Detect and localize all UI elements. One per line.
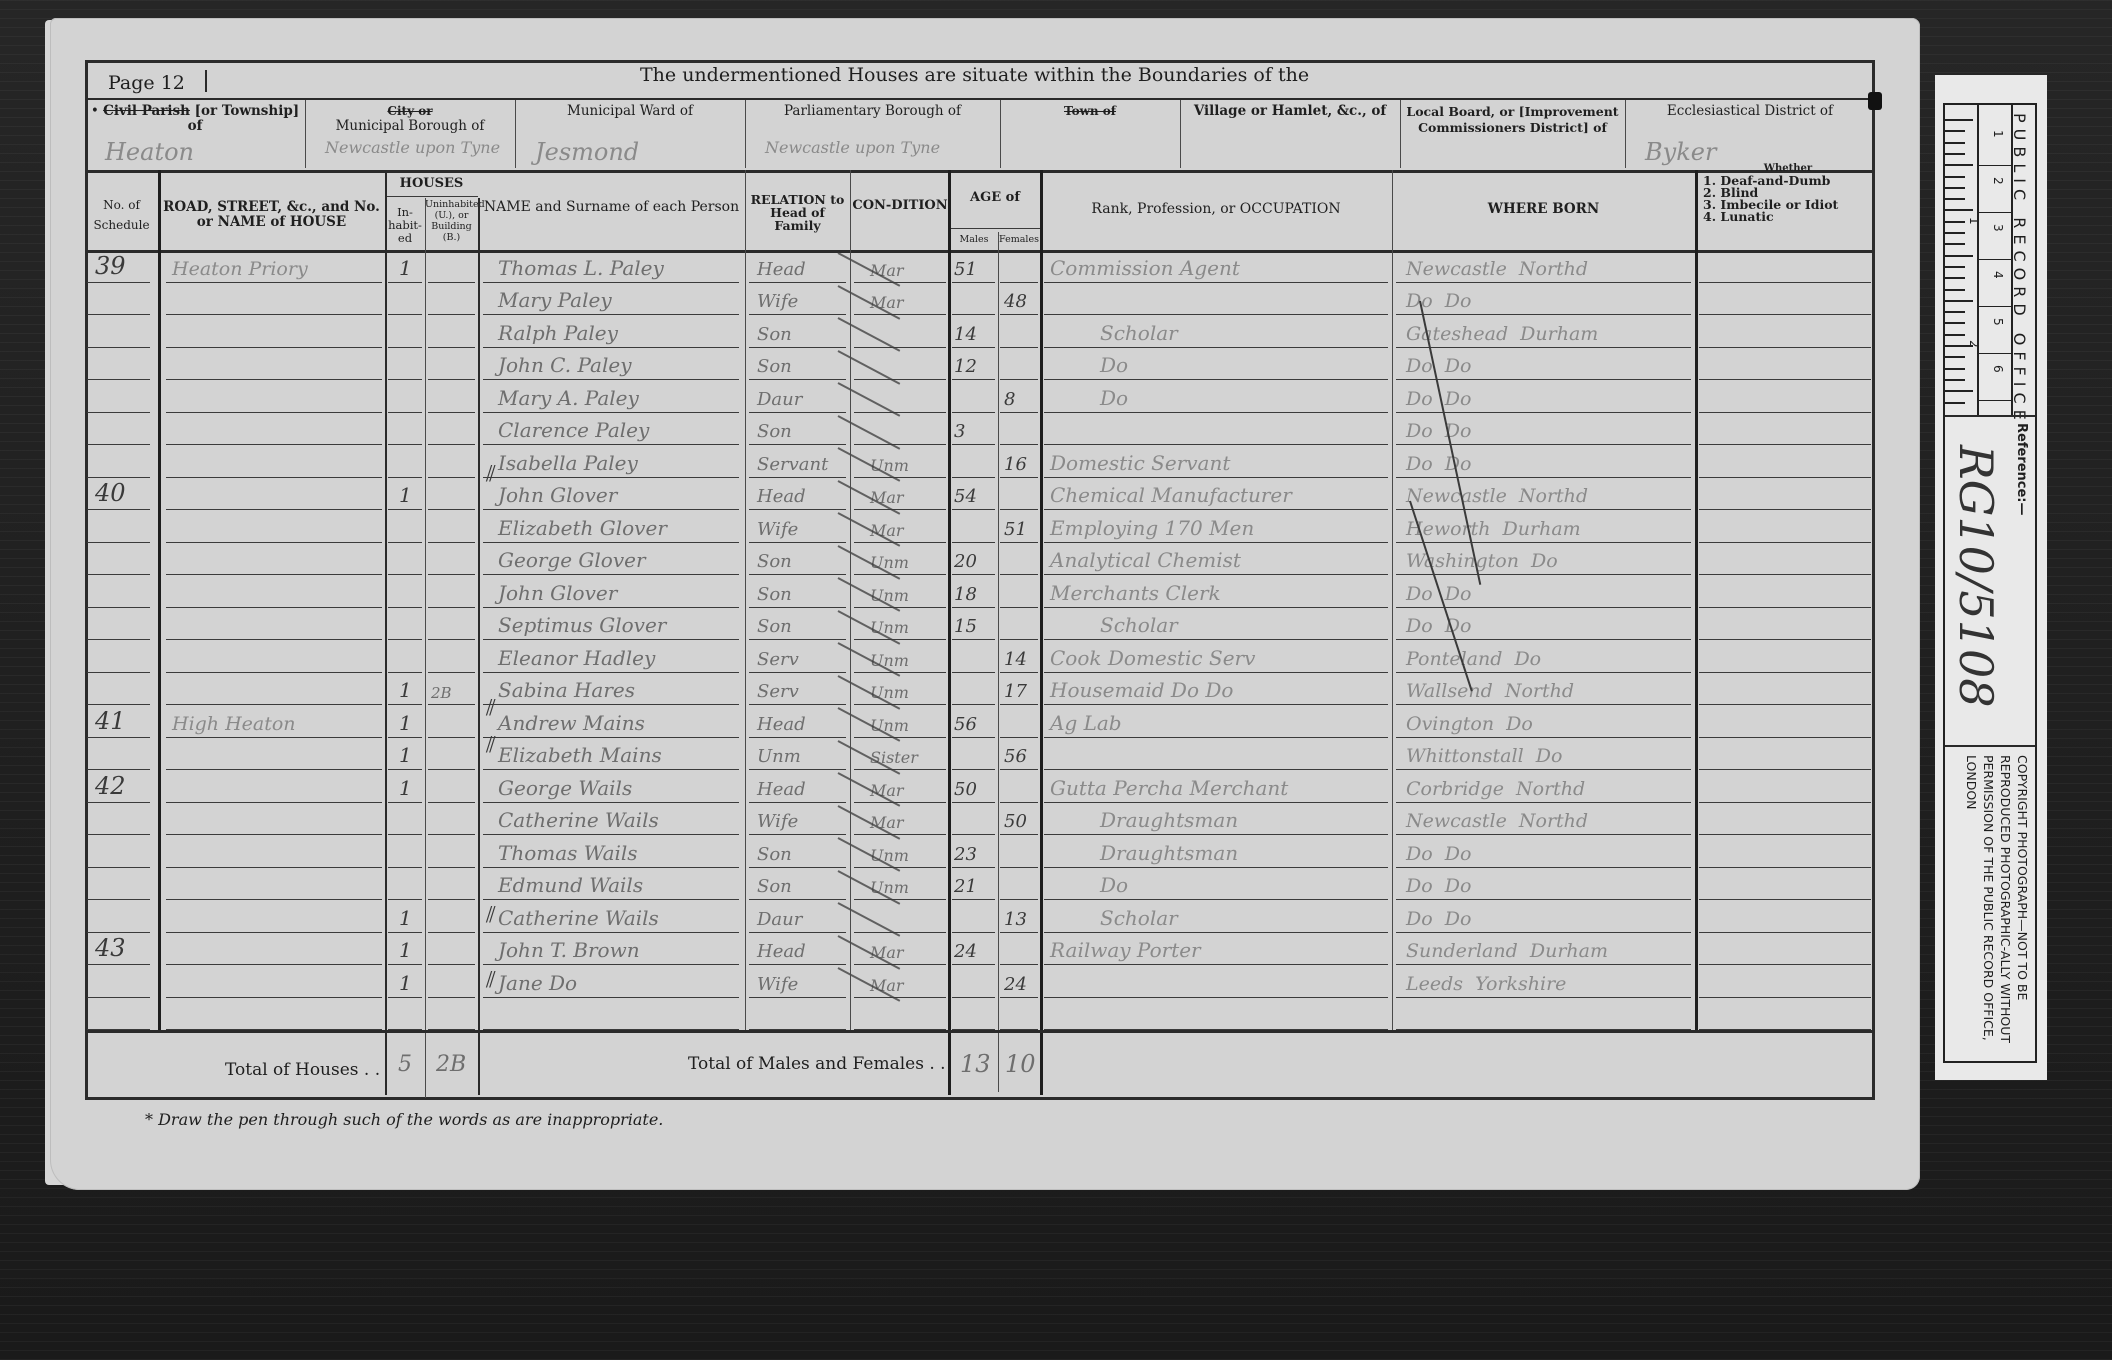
ruler-tick: [1945, 368, 1965, 370]
col-header-schedule: No. of Schedule: [85, 195, 158, 235]
table-row: Ralph PaleySon14ScholarGateshead Durham: [0, 315, 2112, 348]
ruler-tick: [1945, 311, 1965, 313]
total-houses-label: Total of Houses . .: [225, 1060, 380, 1080]
name-col-rule: [478, 198, 480, 1095]
schedule-number: 39: [95, 250, 155, 283]
person-name: Sabina Hares: [498, 673, 758, 706]
road-name: Heaton Priory: [172, 250, 392, 283]
occupation: Housemaid Do Do: [1050, 673, 1390, 706]
table-row: John C. PaleySon12DoDo Do: [0, 348, 2112, 381]
uninhabited-col-rule: [425, 198, 426, 1098]
district-label-text: Municipal Borough of: [305, 119, 515, 134]
ruler-tick: [1945, 390, 1973, 392]
ruler-tick: [1945, 187, 1965, 189]
separator-mark: ⫽: [486, 696, 496, 721]
table-row: 1Jane DoWifeMar24Leeds Yorkshire: [0, 965, 2112, 998]
female-age: 14: [1004, 640, 1044, 673]
occupation: Ag Lab: [1050, 705, 1390, 738]
district-label: Local Board, or [Improvement Commissione…: [1400, 104, 1625, 136]
birthplace: Corbridge Northd: [1406, 770, 1696, 803]
ruler-number: 3: [1991, 224, 2005, 232]
male-age: 23: [954, 835, 998, 868]
birthplace: Do Do: [1406, 348, 1696, 381]
table-row: George GloverSonUnm20Analytical ChemistW…: [0, 543, 2112, 576]
col-header-relation: RELATION to Head of Family: [745, 193, 850, 232]
birthplace: Leeds Yorkshire: [1406, 965, 1696, 998]
birthplace: Ovington Do: [1406, 705, 1696, 738]
district-label-text: Ecclesiastical District of: [1625, 104, 1875, 119]
page-number-divider: [205, 70, 207, 92]
district-divider: [85, 170, 1875, 173]
ruler-tick: [1945, 379, 1965, 381]
col-header-name: NAME and Surname of each Person: [478, 198, 745, 216]
birthplace: Do Do: [1406, 380, 1696, 413]
total-persons-label: Total of Males and Females . .: [688, 1054, 946, 1074]
female-age: 51: [1004, 510, 1044, 543]
ruler-box: [1978, 306, 2011, 307]
whether-item: 4. Lunatic: [1703, 211, 1873, 223]
birthplace: Gateshead Durham: [1406, 315, 1696, 348]
birthplace: Do Do: [1406, 900, 1696, 933]
person-name: Isabella Paley: [498, 445, 758, 478]
females-col-rule: [998, 232, 999, 1092]
total-inhabited: 5: [398, 1052, 412, 1077]
col-header-occupation: Rank, Profession, or OCCUPATION: [1040, 202, 1392, 217]
ruler-number: 5: [1991, 318, 2005, 326]
houses-divider: [385, 196, 478, 197]
col-header-females: Females: [998, 232, 1040, 247]
table-row: 41High Heaton1Andrew MainsHeadUnm56Ag La…: [0, 705, 2112, 738]
birthplace: Do Do: [1406, 575, 1696, 608]
occupation: Do: [1100, 348, 1440, 381]
ruler-tick: [1945, 209, 1973, 211]
table-row: Mary PaleyWifeMar48Do Do: [0, 283, 2112, 316]
col-header-whether: Whether1. Deaf-and-Dumb2. Blind3. Imbeci…: [1703, 163, 1873, 223]
occupation: Scholar: [1100, 900, 1440, 933]
struck-label: City or: [305, 104, 515, 119]
separator-mark: ⫽: [486, 733, 496, 758]
ruler-tick: [1945, 300, 1973, 302]
birthplace: Newcastle Northd: [1406, 250, 1696, 283]
table-row: 1Catherine WailsDaur13ScholarDo Do: [0, 900, 2112, 933]
ruler-tick: [1945, 289, 1965, 291]
district-label-text: Parliamentary Borough of: [745, 104, 1000, 119]
ruler-tick: [1945, 277, 1965, 279]
male-age: 18: [954, 575, 998, 608]
person-name: Thomas Wails: [498, 835, 758, 868]
struck-label: Civil Parish: [103, 103, 190, 119]
uninhabited-mark: 2B: [431, 673, 471, 706]
schedule-number: 41: [95, 705, 155, 738]
ruler-tick: [1945, 255, 1973, 257]
road-col-rule: [158, 170, 161, 1030]
table-row: 401John GloverHeadMar54Chemical Manufact…: [0, 478, 2112, 511]
district-value: Newcastle upon Tyne: [325, 138, 500, 157]
birthplace: Do Do: [1406, 445, 1696, 478]
strip-divider-1: [1945, 415, 2035, 417]
birthplace: Sunderland Durham: [1406, 933, 1696, 966]
person-name: Catherine Wails: [498, 900, 758, 933]
ruler-tick: [1945, 164, 1973, 166]
page-number: Page 12: [108, 72, 185, 94]
total-uninhabited: 2B: [436, 1052, 466, 1077]
separator-mark: ⫽: [486, 462, 496, 487]
ruler-tick: [1945, 402, 1965, 404]
birthplace: Washington Do: [1406, 543, 1696, 576]
district-label: Municipal Ward of: [515, 104, 745, 119]
female-age: 48: [1004, 283, 1044, 316]
district-label-text: Village or Hamlet, &c., of: [1180, 104, 1400, 119]
totals-divider: [85, 1030, 1875, 1033]
col-header-uninhabited: Uninhabited (U.), or Building (B.): [425, 199, 478, 243]
male-age: 15: [954, 608, 998, 641]
struck-label: Town of: [1000, 104, 1180, 119]
person-name: Jane Do: [498, 965, 758, 998]
birthplace: Newcastle Northd: [1406, 478, 1696, 511]
district-label: • Civil Parish [or Township] of: [85, 104, 305, 134]
col-header-inhabited: In-habit-ed: [385, 206, 425, 245]
separator-mark: ⫽: [486, 968, 496, 993]
birthplace: Do Do: [1406, 868, 1696, 901]
occupation-col-rule: [1040, 170, 1043, 1095]
district-label: Village or Hamlet, &c., of: [1180, 104, 1400, 119]
person-name: Elizabeth Glover: [498, 510, 758, 543]
occupation: Gutta Percha Merchant: [1050, 770, 1390, 803]
col-header-age: AGE of: [950, 190, 1040, 205]
male-age: 12: [954, 348, 998, 381]
district-label: Ecclesiastical District of: [1625, 104, 1875, 119]
occupation: Draughtsman: [1100, 835, 1440, 868]
table-row: 39Heaton Priory1Thomas L. PaleyHeadMar51…: [0, 250, 2112, 283]
col-header-condition: CON-DITION: [850, 198, 950, 214]
ruler-box: [1978, 165, 2011, 166]
copyright-notice: COPYRIGHT PHOTOGRAPH—NOT TO BE REPRODUCE…: [1963, 755, 2031, 1055]
person-name: George Glover: [498, 543, 758, 576]
person-name: Septimus Glover: [498, 608, 758, 641]
district-label: Parliamentary Borough of: [745, 104, 1000, 119]
birthplace: Ponteland Do: [1406, 640, 1696, 673]
ruler-box: [1978, 400, 2011, 401]
birthplace: Heworth Durham: [1406, 510, 1696, 543]
born-col-rule: [1392, 170, 1393, 1030]
ruler-number: 4: [1991, 271, 2005, 279]
ruler-box: [1978, 259, 2011, 260]
ruler-box: [1978, 212, 2011, 213]
male-age: 54: [954, 478, 998, 511]
whether-col-rule: [1695, 170, 1698, 1030]
male-age: 51: [954, 250, 998, 283]
person-name: John T. Brown: [498, 933, 758, 966]
ruler-box: [1978, 353, 2011, 354]
occupation: Analytical Chemist: [1050, 543, 1390, 576]
person-name: Clarence Paley: [498, 413, 758, 446]
occupation: Commission Agent: [1050, 250, 1390, 283]
occupation: Chemical Manufacturer: [1050, 478, 1390, 511]
person-name: Thomas L. Paley: [498, 250, 758, 283]
total-males: 13: [960, 1050, 991, 1078]
table-row: 431John T. BrownHeadMar24Railway PorterS…: [0, 933, 2112, 966]
male-age: 50: [954, 770, 998, 803]
table-row: John GloverSonUnm18Merchants ClerkDo Do: [0, 575, 2112, 608]
male-age: 56: [954, 705, 998, 738]
female-age: 8: [1004, 380, 1044, 413]
total-females: 10: [1005, 1050, 1036, 1078]
male-age: 20: [954, 543, 998, 576]
district-label: City orMunicipal Borough of: [305, 104, 515, 134]
ruler-tick: [1945, 334, 1965, 336]
table-row: Mary A. PaleyDaur8DoDo Do: [0, 380, 2112, 413]
occupation: Domestic Servant: [1050, 445, 1390, 478]
table-row: 421George WailsHeadMar50Gutta Percha Mer…: [0, 770, 2112, 803]
occupation: Merchants Clerk: [1050, 575, 1390, 608]
occupation: Do: [1100, 380, 1440, 413]
district-value: Heaton: [105, 138, 194, 166]
ruler-tick: [1945, 130, 1965, 132]
ruler-tick: [1945, 119, 1973, 121]
strip-frame: 12345612 PUBLIC RECORD OFFICE Reference:…: [1943, 103, 2037, 1063]
district-value: Byker: [1645, 138, 1716, 166]
birthplace: Wallsend Northd: [1406, 673, 1696, 706]
condition-col-rule: [850, 170, 851, 1030]
schedule-number: 40: [95, 478, 155, 511]
male-age: 14: [954, 315, 998, 348]
person-name: Elizabeth Mains: [498, 738, 758, 771]
ruler-tick: [1945, 356, 1965, 358]
occupation: Cook Domestic Serv: [1050, 640, 1390, 673]
person-name: Andrew Mains: [498, 705, 758, 738]
male-age: 24: [954, 933, 998, 966]
district-label: Town of: [1000, 104, 1180, 119]
district-label-text: Municipal Ward of: [515, 104, 745, 119]
col-header-road: ROAD, STREET, &c., and No. or NAME of HO…: [158, 200, 385, 230]
person-name: George Wails: [498, 770, 758, 803]
person-name: Eleanor Hadley: [498, 640, 758, 673]
ruler-number: 1: [1991, 130, 2005, 138]
ruler-tick: [1945, 232, 1965, 234]
footnote: * Draw the pen through such of the words…: [145, 1110, 663, 1129]
col-header-males: Males: [950, 232, 998, 247]
female-age: 16: [1004, 445, 1044, 478]
female-age: 50: [1004, 803, 1044, 836]
ruler-tick: [1945, 198, 1965, 200]
table-row: Catherine WailsWifeMar50DraughtsmanNewca…: [0, 803, 2112, 836]
inhabited-col-rule: [385, 170, 387, 1095]
female-age: 17: [1004, 673, 1044, 706]
birthplace: Do Do: [1406, 283, 1696, 316]
table-row: 1Elizabeth MainsUnmSister56Whittonstall …: [0, 738, 2112, 771]
ruler-edge: [1977, 105, 1979, 415]
separator-mark: ⫽: [486, 903, 496, 928]
person-name: Edmund Wails: [498, 868, 758, 901]
occupation: Scholar: [1100, 608, 1440, 641]
occupation: Railway Porter: [1050, 933, 1390, 966]
strip-divider-2: [1945, 745, 2035, 747]
col-header-houses: HOUSES: [385, 176, 478, 191]
person-name: Mary Paley: [498, 283, 758, 316]
page-title: The undermentioned Houses are situate wi…: [640, 64, 1309, 86]
ruler-number: 6: [1991, 365, 2005, 373]
person-name: John Glover: [498, 478, 758, 511]
occupation: Draughtsman: [1100, 803, 1440, 836]
males-col-rule: [948, 170, 951, 1095]
person-name: Catherine Wails: [498, 803, 758, 836]
header-divider: [85, 98, 1875, 100]
table-row: Septimus GloverSonUnm15ScholarDo Do: [0, 608, 2112, 641]
table-row: Isabella PaleyServantUnm16Domestic Serva…: [0, 445, 2112, 478]
ruler-tick: [1945, 243, 1965, 245]
birthplace: Whittonstall Do: [1406, 738, 1696, 771]
male-age: 3: [954, 413, 998, 446]
occupation: Employing 170 Men: [1050, 510, 1390, 543]
table-row: Elizabeth GloverWifeMar51Employing 170 M…: [0, 510, 2112, 543]
ruler-number: 2: [1991, 177, 2005, 185]
schedule-number: 42: [95, 770, 155, 803]
table-row: 12BSabina HaresServUnm17Housemaid Do DoW…: [0, 673, 2112, 706]
public-record-office-strip: 12345612 PUBLIC RECORD OFFICE Reference:…: [1935, 75, 2047, 1080]
occupation: Do: [1100, 868, 1440, 901]
table-row: Thomas WailsSonUnm23DraughtsmanDo Do: [0, 835, 2112, 868]
female-age: 13: [1004, 900, 1044, 933]
schedule-number: 43: [95, 933, 155, 966]
col-header-where-born: WHERE BORN: [1392, 202, 1695, 217]
ruler-tick: [1945, 153, 1965, 155]
age-divider: [950, 228, 1040, 229]
person-name: John Glover: [498, 575, 758, 608]
road-name: High Heaton: [172, 705, 392, 738]
ruler-edge: [2011, 105, 2013, 415]
person-name: Mary A. Paley: [498, 380, 758, 413]
ruler-tick: [1945, 176, 1965, 178]
district-label-text: [or Township] of: [188, 103, 300, 134]
table-row: [0, 998, 2112, 1031]
ruler-tick: [1945, 266, 1965, 268]
birthplace: Newcastle Northd: [1406, 803, 1696, 836]
occupation: Scholar: [1100, 315, 1440, 348]
ruler-tick: [1945, 221, 1965, 223]
table-row: Edmund WailsSonUnm21DoDo Do: [0, 868, 2112, 901]
district-value: Newcastle upon Tyne: [765, 138, 940, 157]
birthplace: Do Do: [1406, 835, 1696, 868]
person-name: John C. Paley: [498, 348, 758, 381]
reference-value: RG10/5108: [1949, 445, 2003, 707]
table-row: Clarence PaleySon3Do Do: [0, 413, 2112, 446]
page-tab-mark: [1868, 92, 1882, 110]
table-row: Eleanor HadleyServUnm14Cook Domestic Ser…: [0, 640, 2112, 673]
district-value: Jesmond: [535, 138, 639, 166]
reference-label: Reference:—: [2014, 423, 2029, 516]
female-age: 24: [1004, 965, 1044, 998]
ruler-tick: [1945, 322, 1965, 324]
male-age: 21: [954, 868, 998, 901]
district-label-text: Local Board, or [Improvement Commissione…: [1406, 104, 1618, 135]
relation-col-rule: [745, 170, 746, 1030]
ruler-tick: [1945, 142, 1965, 144]
person-name: Ralph Paley: [498, 315, 758, 348]
female-age: 56: [1004, 738, 1044, 771]
